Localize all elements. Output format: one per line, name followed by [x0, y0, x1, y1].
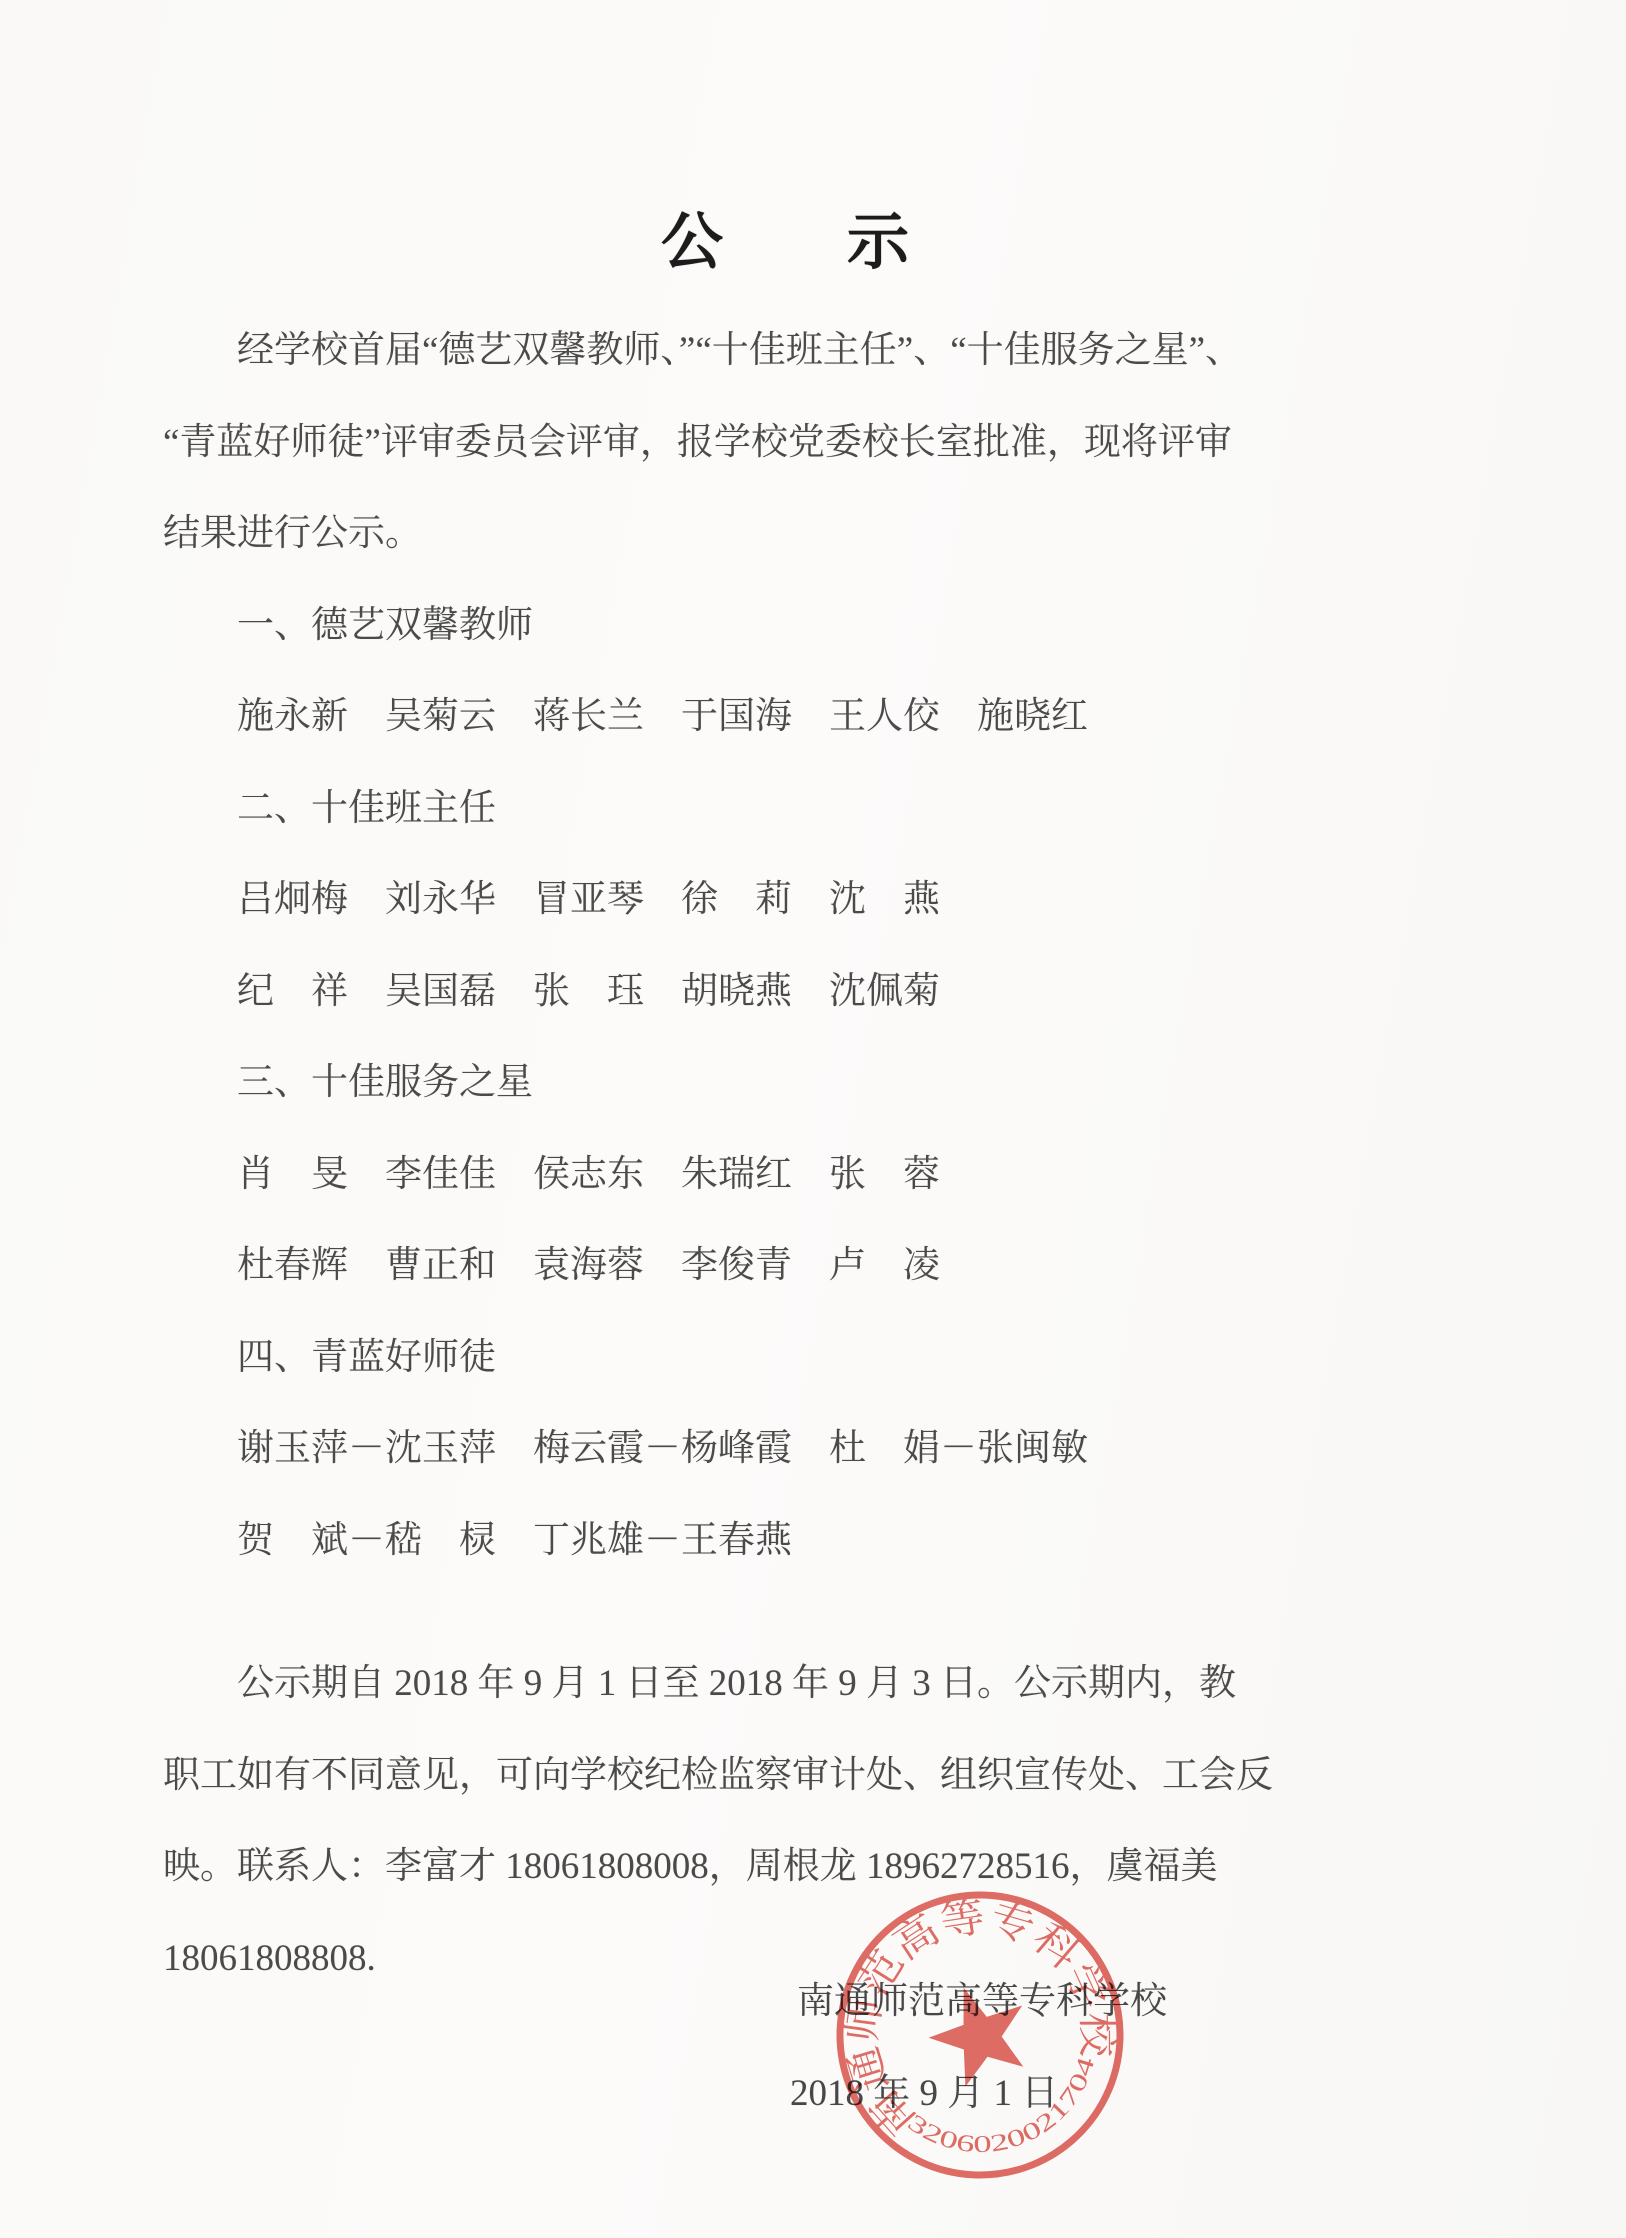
- name-row: 谢玉萍－沈玉萍 梅云霞－杨峰霞 杜 娟－张闽敏: [163, 1403, 1407, 1495]
- closing-line: 映。联系人：李富才 18061808008，周根龙 18962728516，虞福…: [163, 1821, 1407, 1913]
- intro-line: 结果进行公示。: [163, 488, 1407, 580]
- signature-date: 2018 年 9 月 1 日: [790, 2070, 1058, 2118]
- document-title: 公 示: [163, 200, 1407, 286]
- name-row: 贺 斌－嵇 棂 丁兆雄－王春燕: [163, 1495, 1407, 1587]
- name-row: 纪 祥 吴国磊 张 珏 胡晓燕 沈佩菊: [163, 946, 1407, 1038]
- name-row: 施永新 吴菊云 蒋长兰 于国海 王人佼 施晓红: [163, 671, 1407, 763]
- section-heading-3: 三、十佳服务之星: [163, 1037, 1407, 1129]
- document-body: 公 示 经学校首届“德艺双馨教师、”“十佳班主任”、“十佳服务之星”、 “青蓝好…: [163, 200, 1407, 2004]
- name-row: 肖 旻 李佳佳 侯志东 朱瑞红 张 蓉: [163, 1129, 1407, 1221]
- closing-line: 公示期自 2018 年 9 月 1 日至 2018 年 9 月 3 日。公示期内…: [163, 1638, 1407, 1730]
- name-row: 杜春辉 曹正和 袁海蓉 李俊青 卢 凌: [163, 1220, 1407, 1312]
- announcement-document: 公 示 经学校首届“德艺双馨教师、”“十佳班主任”、“十佳服务之星”、 “青蓝好…: [0, 0, 1626, 2238]
- name-row: 吕炯梅 刘永华 冒亚琴 徐 莉 沈 燕: [163, 854, 1407, 946]
- intro-line: 经学校首届“德艺双馨教师、”“十佳班主任”、“十佳服务之星”、: [163, 305, 1407, 397]
- closing-line: 职工如有不同意见，可向学校纪检监察审计处、组织宣传处、工会反: [163, 1730, 1407, 1822]
- intro-line: “青蓝好师徒”评审委员会评审，报学校党委校长室批准，现将评审: [163, 397, 1407, 489]
- section-heading-2: 二、十佳班主任: [163, 763, 1407, 855]
- section-heading-4: 四、青蓝好师徒: [163, 1312, 1407, 1404]
- section-heading-1: 一、德艺双馨教师: [163, 580, 1407, 672]
- closing-line: 18061808808.: [163, 1913, 1407, 2005]
- signature-org: 南通师范高等专科学校: [797, 1978, 1167, 2026]
